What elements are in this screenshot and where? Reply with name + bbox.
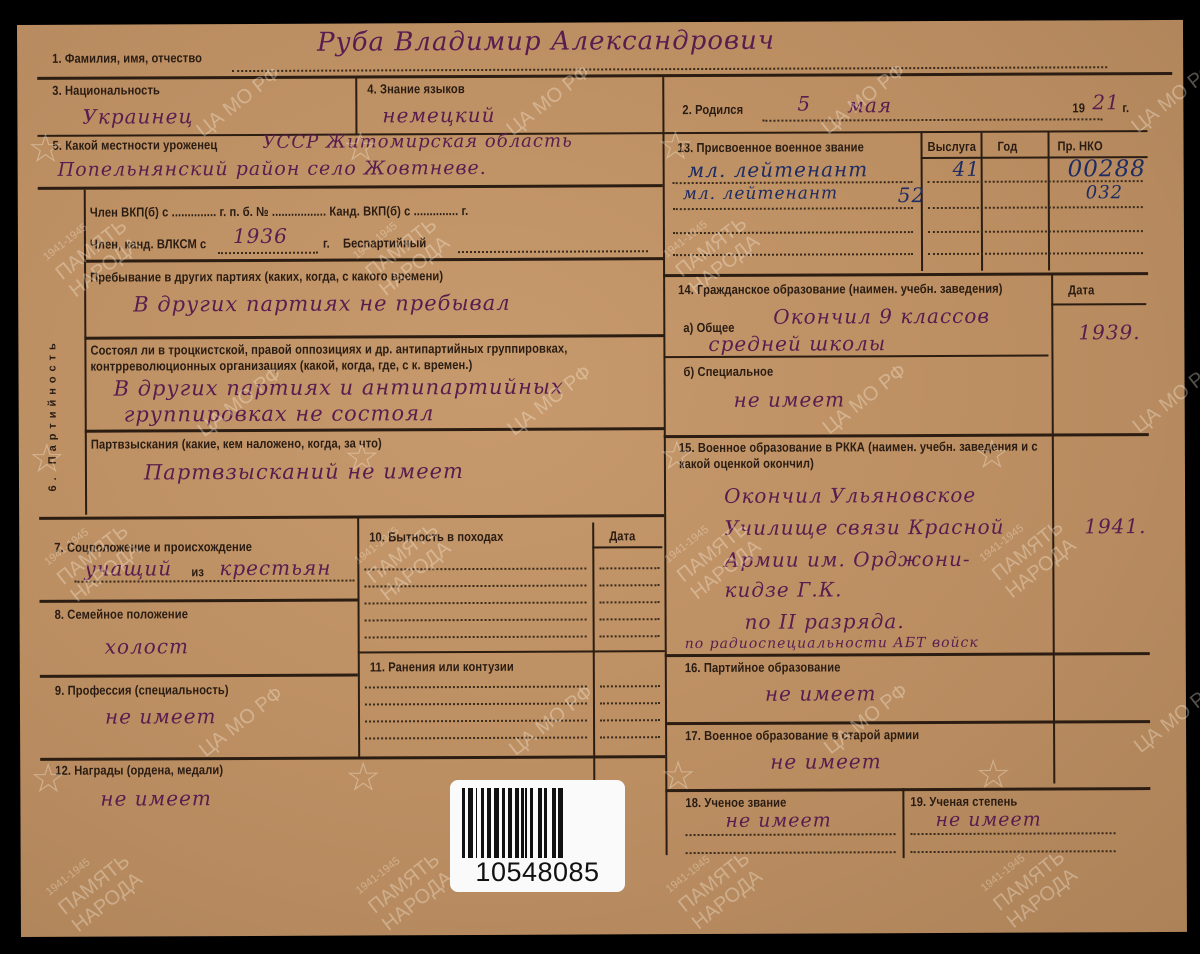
q12-value: не имеет [100,786,212,810]
q2-suffix: г. [1122,100,1129,115]
q4-label: 4. Знание языков [367,81,465,96]
q6-vlksm-year: 1936 [233,224,288,248]
q13-rank-1: мл. лейтенант [688,157,869,182]
watermark: 1941-1945ПАМЯТЬНАРОДА [661,830,768,934]
q6-opposition-value-2: группировках не состоял [124,401,435,426]
q14-special-value: не имеет [734,387,846,411]
watermark: ЦА МО РФ [1129,358,1200,437]
q15-line-5: по II разряда. [745,609,905,634]
watermark: ЦА МО РФ [1130,678,1200,757]
q6-opposition-label: Состоял ли в троцкистской, правой оппози… [90,340,649,374]
watermark: 1941-1945ПАМЯТЬНАРОДА [976,829,1083,933]
q19-label: 19. Ученая степень [910,794,1017,809]
q15-label: 15. Военное образование в РККА (наимен. … [679,438,1058,472]
q2-year: 21 [1092,90,1120,114]
q7-value-2: крестьян [219,556,331,580]
q15-line-3: Армии им. Орджони- [724,547,970,572]
watermark: 1941-1945ПАМЯТЬНАРОДА [41,833,148,937]
q13-header-service: Выслуга [928,139,977,154]
q7-connector: из [191,564,204,579]
barcode-number: 10548085 [450,857,625,888]
q10-date-header: Дата [609,528,635,543]
q13-service-1: 41 [953,157,981,181]
watermark: ЦА МО РФ [192,62,284,141]
q9-value: не имеет [105,704,217,728]
q3-nationality: Украинец [82,104,193,128]
q8-value: холост [105,634,189,658]
q6-non-party-label: Беспартийный [343,235,426,250]
q6-opposition-value-1: В других партиях и антипартийных [114,375,564,401]
q13-service-2: 52 [898,183,926,207]
q6-penalties-value: Партвзысканий не имеет [144,459,464,484]
q13-order-1: 00288 [1068,156,1146,182]
q3-label: 3. Национальность [52,82,160,97]
q1-full-name: Руба Владимир Александрович [317,26,775,58]
q5-region: УССР Житомирская область [262,131,572,153]
q14-label: 14. Гражданское образование (наимен. уче… [678,280,1056,298]
watermark: ЦА МО РФ [1127,58,1200,137]
q15-line-2: Училище связи Красной [724,515,1004,540]
q4-languages: немецкий [382,103,495,127]
q15-line-4: кидзе Г.К. [724,577,842,602]
barcode-label: 10548085 [450,780,625,892]
q2-year-prefix: 19 [1072,100,1085,115]
q17-label: 17. Военное образование в старой армии [685,727,919,743]
q13-rank-2: мл. лейтенант [683,183,838,204]
q7-value-1: учащий [84,556,172,580]
q6-penalties-label: Партвзыскания (какие, кем наложено, когд… [91,435,382,451]
q2-month: мая [847,93,892,117]
q16-value: не имеет [765,681,877,705]
q15-note: по радиоспециальности АБТ войск [685,635,979,652]
q14-general-value-2: средней школы [708,331,886,356]
q6-section-label: 6. Партийность [42,290,63,540]
q13-order-2: 032 [1086,182,1123,203]
q1-label: 1. Фамилия, имя, отчество [52,50,202,66]
q14-date-header: Дата [1068,282,1094,297]
q14-general-value-1: Окончил 9 классов [773,304,990,329]
q10-label: 10. Бытность в походах [369,529,503,545]
q8-label: 8. Семейное положение [55,606,188,622]
q6-other-parties-label: Пребывание в других партиях (каких, когд… [90,268,443,285]
q5-district: Попельнянский район село Жовтневе. [58,157,487,181]
q6-vlksm-suffix: г. [323,236,330,251]
q17-value: не имеет [770,749,882,773]
q13-header-year: Год [998,139,1018,154]
q19-value: не имеет [935,809,1041,831]
q2-day: 5 [797,92,811,116]
q18-value: не имеет [725,809,831,831]
q7-label: 7. Соцположение и происхождение [54,539,252,555]
q6-vlksm-label: Член, канд. ВЛКСМ с [90,236,206,252]
barcode-icon [462,788,612,858]
q6-vkpb-line: Член ВКП(б) с .............. г. п. б. № … [90,203,469,220]
q6-other-parties-value: В других партиях не пребывал [133,291,511,317]
q13-label: 13. Присвоенное военное звание [678,139,864,155]
q11-label: 11. Ранения или контузии [370,659,514,675]
q14-general-date: 1939. [1078,320,1140,344]
q16-label: 16. Партийное образование [685,659,841,675]
watermark: 1941-1945ПАМЯТЬНАРОДА [351,831,458,935]
q5-label: 5. Какой местности уроженец [52,137,217,153]
watermark: ЦА МО РФ [502,61,594,140]
q2-label: 2. Родился [682,102,743,117]
q13-header-order: Пр. НКО [1058,138,1103,153]
q9-label: 9. Профессия (специальность) [55,682,229,698]
q15-date: 1941. [1084,514,1146,538]
q15-line-1: Окончил Ульяновское [724,483,976,508]
star-watermark-icon: ☆ [345,753,381,800]
q18-label: 18. Ученое звание [685,795,786,810]
q14-special-label: б) Специальное [683,364,773,379]
q12-label: 12. Награды (ордена, медали) [55,762,223,778]
